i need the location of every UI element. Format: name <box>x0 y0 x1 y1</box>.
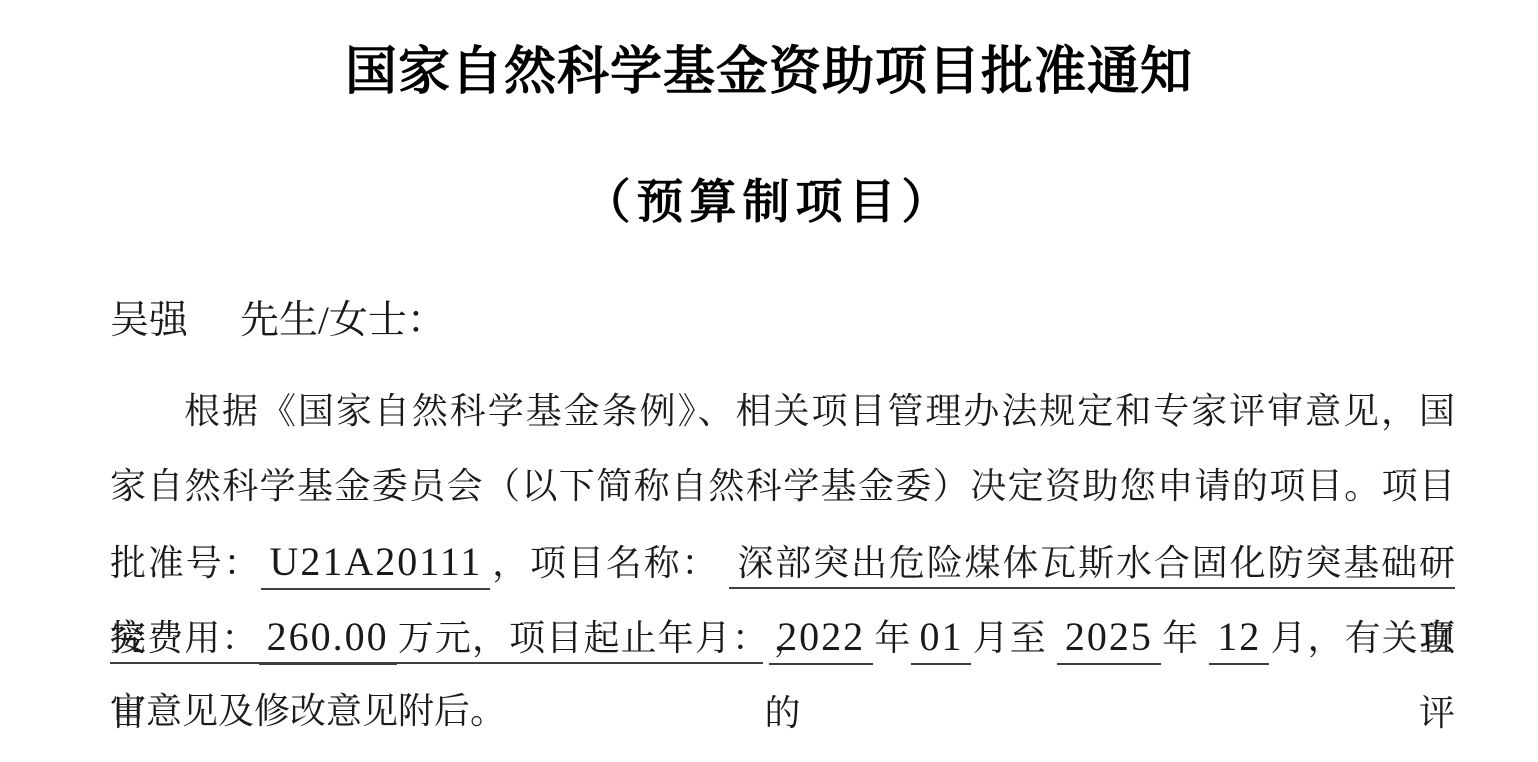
direct-fee-value: 260.00 <box>259 614 397 665</box>
paragraph-line-1: 根据《国家自然科学基金条例》、相关项目管理办法规定和专家评审意见，国 <box>110 374 1455 449</box>
project-dates-label: 项目起止年月： <box>509 618 769 658</box>
main-paragraph: 根据《国家自然科学基金条例》、相关项目管理办法规定和专家评审意见，国 家自然科学… <box>110 374 1455 749</box>
project-name-label: ，项目名称： <box>490 543 719 583</box>
grant-number-label: 批准号： <box>110 543 261 583</box>
year-unit-2: 年 <box>1161 618 1199 658</box>
month-unit-2: 月， <box>1269 618 1344 658</box>
paragraph-line-3: 批准号：U21A20111，项目名称：深部突出危险煤体瓦斯水合固化防突基础研究，… <box>110 524 1455 599</box>
recipient-name: 吴强 <box>110 299 188 342</box>
end-year-value: 2025 <box>1057 614 1161 665</box>
approval-notice-document: 国家自然科学基金资助项目批准通知 （预算制项目） 吴强先生/女士： 根据《国家自… <box>0 0 1538 762</box>
document-subtitle: （预算制项目） <box>0 168 1538 238</box>
salutation-line: 吴强先生/女士： <box>110 292 1455 350</box>
date-range-to: 至 <box>1010 618 1047 658</box>
year-unit-1: 年 <box>873 618 911 658</box>
paragraph-line-2: 家自然科学基金委员会（以下简称自然科学基金委）决定资助您申请的项目。项目 <box>110 449 1455 524</box>
letter-body: 吴强先生/女士： 根据《国家自然科学基金条例》、相关项目管理办法规定和专家评审意… <box>110 292 1455 749</box>
month-unit-1: 月 <box>971 618 1009 658</box>
direct-fee-label: 接费用： <box>110 618 259 658</box>
salutation-honorific: 先生/女士： <box>240 299 446 342</box>
start-year-value: 2022 <box>769 614 873 665</box>
fee-unit-text: 万元， <box>397 618 510 658</box>
end-month-value: 12 <box>1209 614 1269 665</box>
start-month-value: 01 <box>911 614 971 665</box>
document-title: 国家自然科学基金资助项目批准通知 <box>0 0 1538 112</box>
grant-number-value: U21A20111 <box>261 539 490 590</box>
paragraph-line-4: 接费用：260.00万元，项目起止年月：2022年01月至2025年12月，有关… <box>110 599 1455 674</box>
